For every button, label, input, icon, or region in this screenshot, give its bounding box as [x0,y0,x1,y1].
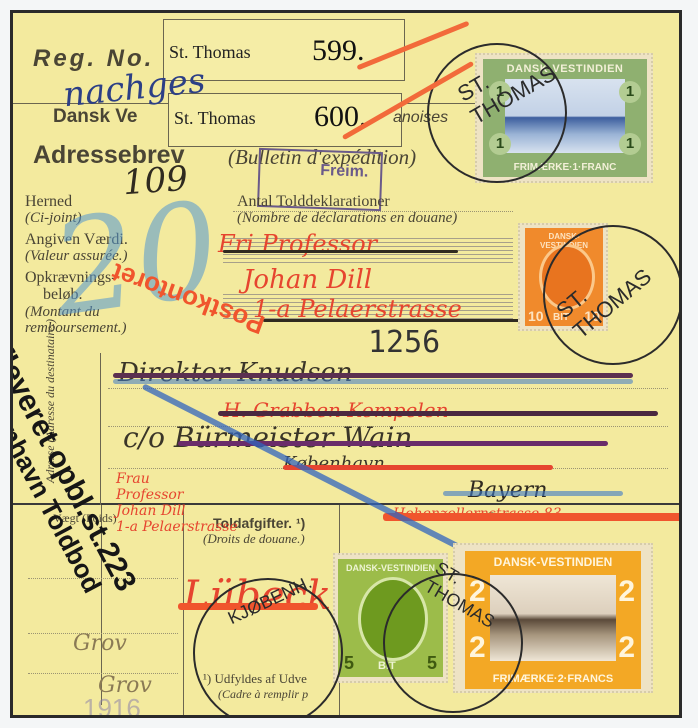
office-name: St. Thomas [174,108,256,129]
divider [13,503,682,505]
reg-number: 599. [312,34,365,68]
sender-line: Fri Professor [218,230,377,258]
sender-line: Johan Dill [243,265,372,295]
strike-line [223,250,458,253]
parcel-card: Reg. No. St. Thomas 599. St. Thomas 600.… [10,10,682,718]
strike-line [178,441,608,446]
weight-value: Grov [73,631,127,656]
strike-line [283,465,553,470]
field-antal-fr: (Nombre de déclarations en douane) [237,210,457,227]
strike-line [443,491,623,496]
strike-line [383,513,682,521]
cancellation-postmark: KJØBENH. [193,578,343,718]
strike-line [218,411,658,416]
addressee-struck: H. Grabben Kompelen [223,398,448,422]
divider [100,353,101,505]
sender-left: Frau Professor Johan Dill 1-a Pelaerstra… [116,471,238,535]
cancellation-postmark: ST. THOMAS [543,225,682,365]
office-name: St. Thomas [169,42,251,63]
field-antal: Antal Tolddeklarationer [237,193,390,211]
parcel-number: 1256 [368,325,440,360]
strike-line [113,373,633,378]
cancellation-postmark: ST. THOMAS [383,573,523,713]
dotted-line [108,388,668,389]
cancellation-postmark: ST. THOMAS [427,43,567,183]
faint-year: 1916 [83,693,141,718]
strike-line [113,379,633,384]
